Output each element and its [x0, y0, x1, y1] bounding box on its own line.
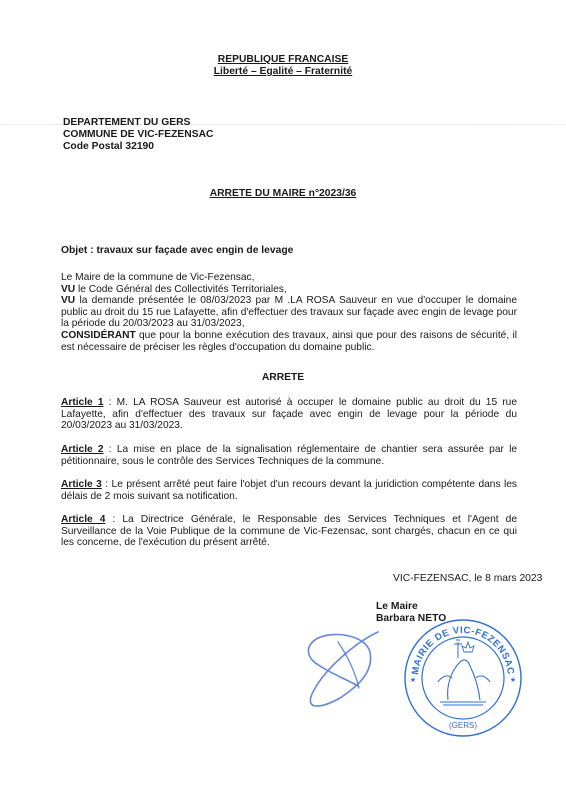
article-text: : Le présent arrêté peut faire l'objet d…	[61, 479, 517, 502]
decree-title: ARRETE DU MAIRE n°2023/36	[210, 188, 357, 199]
article-text: : La mise en place de la signalisation r…	[61, 444, 517, 467]
vu-text: le Code Général des Collectivités Territ…	[75, 284, 287, 295]
republic-motto: Liberté – Egalité – Fraternité	[0, 66, 566, 78]
article-4: Article 4 : La Directrice Générale, le R…	[61, 514, 517, 549]
vu-label: VU	[61, 295, 75, 306]
considerant-label: CONSIDÉRANT	[61, 330, 136, 341]
issuer-block: DEPARTEMENT DU GERS COMMUNE DE VIC-FEZEN…	[63, 117, 213, 153]
article-3: Article 3 : Le présent arrêté peut faire…	[61, 479, 517, 502]
article-label: Article 4	[61, 514, 105, 525]
article-text: : M. LA ROSA Sauveur est autorisé à occu…	[61, 397, 517, 431]
postal-code: Code Postal 32190	[63, 141, 213, 153]
official-stamp-icon: MAIRIE DE VIC-FEZENSAC (GERS) ★ ★	[398, 612, 528, 742]
svg-text:★: ★	[510, 676, 516, 684]
preamble-vu-1: VU le Code Général des Collectivités Ter…	[61, 284, 517, 296]
preamble: Le Maire de la commune de Vic-Fezensac, …	[61, 272, 517, 353]
preamble-vu-2: VU la demande présentée le 08/03/2023 pa…	[61, 295, 517, 330]
vu-label: VU	[61, 284, 75, 295]
decree-document: REPUBLIQUE FRANCAISE Liberté – Egalité –…	[0, 0, 566, 800]
republic-header: REPUBLIQUE FRANCAISE Liberté – Egalité –…	[0, 54, 566, 78]
vu-text: la demande présentée le 08/03/2023 par M…	[61, 295, 517, 329]
article-text: : La Directrice Générale, le Responsable…	[61, 514, 517, 548]
place-date: VIC-FEZENSAC, le 8 mars 2023	[393, 573, 542, 585]
republic-title: REPUBLIQUE FRANCAISE	[0, 54, 566, 66]
article-label: Article 3	[61, 479, 102, 490]
preamble-considerant: CONSIDÉRANT que pour la bonne exécution …	[61, 330, 517, 353]
article-label: Article 1	[61, 397, 104, 408]
section-title: ARRETE	[0, 372, 566, 384]
commune-name: COMMUNE DE VIC-FEZENSAC	[63, 129, 213, 141]
department-name: DEPARTEMENT DU GERS	[63, 117, 213, 129]
article-label: Article 2	[61, 444, 104, 455]
article-2: Article 2 : La mise en place de la signa…	[61, 444, 517, 467]
article-1: Article 1 : M. LA ROSA Sauveur est autor…	[61, 397, 517, 432]
preamble-intro: Le Maire de la commune de Vic-Fezensac,	[61, 272, 517, 284]
handwritten-signature-icon	[296, 628, 406, 728]
decree-title-wrap: ARRETE DU MAIRE n°2023/36	[0, 188, 566, 200]
decree-subject: Objet : travaux sur façade avec engin de…	[61, 245, 293, 257]
svg-text:(GERS): (GERS)	[449, 721, 477, 730]
svg-text:★: ★	[410, 676, 416, 684]
